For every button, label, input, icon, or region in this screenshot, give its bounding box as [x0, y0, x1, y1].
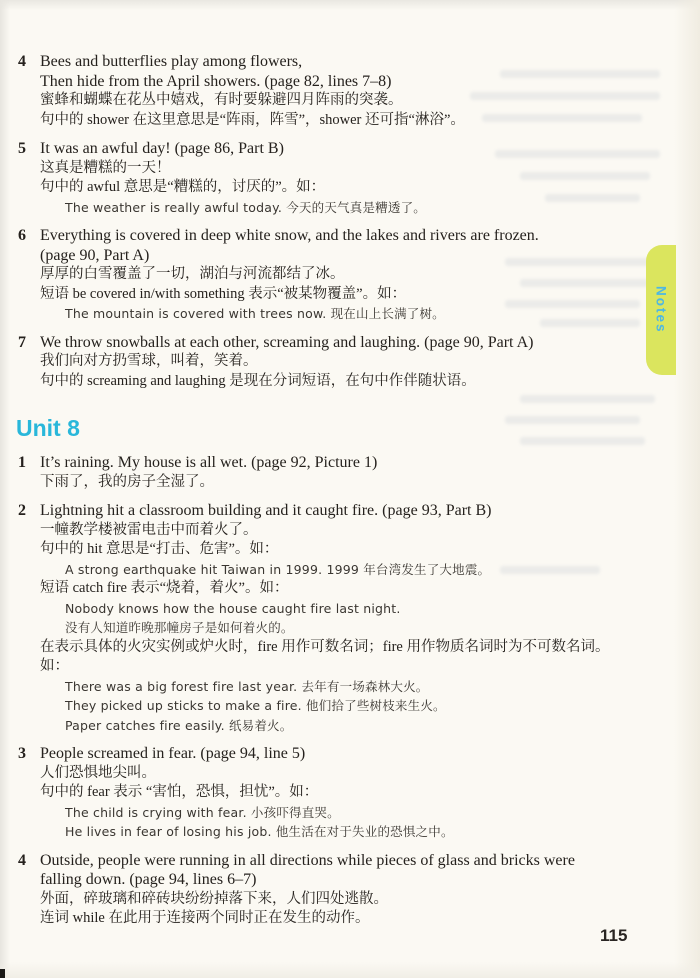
text-line: falling down. (page 94, lines 6–7): [40, 870, 666, 890]
note-item: 1It’s raining. My house is all wet. (pag…: [18, 453, 666, 492]
text-line: Outside, people were running in all dire…: [40, 851, 666, 871]
text-line: 一幢教学楼被雷电击中而着火了。: [40, 521, 666, 541]
text-line: 蜜蜂和蝴蝶在花丛中嬉戏，有时要躲避四月阵雨的突袭。: [40, 91, 666, 111]
text-line: 句中的 fear 表示 “害怕，恐惧，担忧”。如：: [40, 783, 666, 803]
item-body: It was an awful day! (page 86, Part B)这真…: [40, 139, 666, 217]
text-line: Then hide from the April showers. (page …: [40, 72, 666, 92]
text-line: The mountain is covered with trees now. …: [65, 304, 666, 324]
text-line: It’s raining. My house is all wet. (page…: [40, 453, 666, 473]
item-body: Everything is covered in deep white snow…: [40, 226, 666, 324]
item-number: 7: [18, 333, 40, 392]
page-number: 115: [600, 926, 627, 946]
text-line: 这真是糟糕的一天！: [40, 159, 666, 179]
note-item: 6Everything is covered in deep white sno…: [18, 226, 666, 324]
text-line: It was an awful day! (page 86, Part B): [40, 139, 666, 159]
text-line: 没有人知道昨晚那幢房子是如何着火的。: [65, 618, 666, 638]
item-body: People screamed in fear. (page 94, line …: [40, 744, 666, 842]
text-line: 短语 catch fire 表示“烧着，着火”。如：: [40, 579, 666, 599]
text-line: 厚厚的白雪覆盖了一切，湖泊与河流都结了冰。: [40, 265, 666, 285]
text-line: 连词 while 在此用于连接两个同时正在发生的动作。: [40, 909, 666, 929]
note-item: 5It was an awful day! (page 86, Part B)这…: [18, 139, 666, 217]
text-line: The weather is really awful today. 今天的天气…: [65, 198, 666, 218]
item-number: 1: [18, 453, 40, 492]
text-line: 外面，碎玻璃和碎砖块纷纷掉落下来，人们四处逃散。: [40, 890, 666, 910]
item-number: 6: [18, 226, 40, 324]
text-line: 如：: [40, 657, 666, 677]
text-line: (page 90, Part A): [40, 246, 666, 266]
item-body: Lightning hit a classroom building and i…: [40, 501, 666, 735]
note-item: 4Bees and butterflies play among flowers…: [18, 52, 666, 130]
item-number: 2: [18, 501, 40, 735]
text-line: Lightning hit a classroom building and i…: [40, 501, 666, 521]
scan-corner-mark: [0, 969, 5, 978]
text-line: 句中的 shower 在这里意思是“阵雨，阵雪”，shower 还可指“淋浴”。: [40, 111, 666, 131]
scan-edge-left: [0, 0, 10, 978]
text-line: 句中的 hit 意思是“打击、危害”。如：: [40, 540, 666, 560]
text-line: Nobody knows how the house caught fire l…: [65, 599, 666, 619]
scan-edge-top: [0, 0, 700, 10]
item-body: We throw snowballs at each other, scream…: [40, 333, 666, 392]
text-line: Bees and butterflies play among flowers,: [40, 52, 666, 72]
unit7-continued-items: 4Bees and butterflies play among flowers…: [18, 52, 666, 391]
unit-heading: Unit 8: [16, 415, 666, 441]
text-line: People screamed in fear. (page 94, line …: [40, 744, 666, 764]
scanned-textbook-page: { "document": { "page_number": "115", "s…: [0, 0, 700, 978]
note-item: 7We throw snowballs at each other, screa…: [18, 333, 666, 392]
text-line: 句中的 awful 意思是“糟糕的，讨厌的”。如：: [40, 178, 666, 198]
text-line: 我们向对方扔雪球，叫着，笑着。: [40, 352, 666, 372]
item-number: 3: [18, 744, 40, 842]
text-line: We throw snowballs at each other, scream…: [40, 333, 666, 353]
note-item: 2Lightning hit a classroom building and …: [18, 501, 666, 735]
text-line: Paper catches fire easily. 纸易着火。: [65, 716, 666, 736]
text-line: 下雨了，我的房子全湿了。: [40, 473, 666, 493]
note-item: 4Outside, people were running in all dir…: [18, 851, 666, 929]
text-line: The child is crying with fear. 小孩吓得直哭。: [65, 803, 666, 823]
unit8-items: 1It’s raining. My house is all wet. (pag…: [18, 453, 666, 929]
text-line: Everything is covered in deep white snow…: [40, 226, 666, 246]
item-body: It’s raining. My house is all wet. (page…: [40, 453, 666, 492]
scan-edge-right: [674, 0, 700, 978]
item-body: Bees and butterflies play among flowers,…: [40, 52, 666, 130]
text-line: A strong earthquake hit Taiwan in 1999. …: [65, 560, 666, 580]
item-number: 4: [18, 851, 40, 929]
note-item: 3People screamed in fear. (page 94, line…: [18, 744, 666, 842]
page-content: 4Bees and butterflies play among flowers…: [18, 52, 666, 929]
text-line: 句中的 screaming and laughing 是现在分词短语，在句中作伴…: [40, 372, 666, 392]
scan-edge-bottom: [0, 962, 700, 978]
text-line: He lives in fear of losing his job. 他生活在…: [65, 822, 666, 842]
item-number: 5: [18, 139, 40, 217]
text-line: 人们恐惧地尖叫。: [40, 764, 666, 784]
text-line: There was a big forest fire last year. 去…: [65, 677, 666, 697]
text-line: 短语 be covered in/with something 表示“被某物覆盖…: [40, 285, 666, 305]
text-line: They picked up sticks to make a fire. 他们…: [65, 696, 666, 716]
item-body: Outside, people were running in all dire…: [40, 851, 666, 929]
text-line: 在表示具体的火灾实例或炉火时，fire 用作可数名词；fire 用作物质名词时为…: [40, 638, 666, 658]
item-number: 4: [18, 52, 40, 130]
